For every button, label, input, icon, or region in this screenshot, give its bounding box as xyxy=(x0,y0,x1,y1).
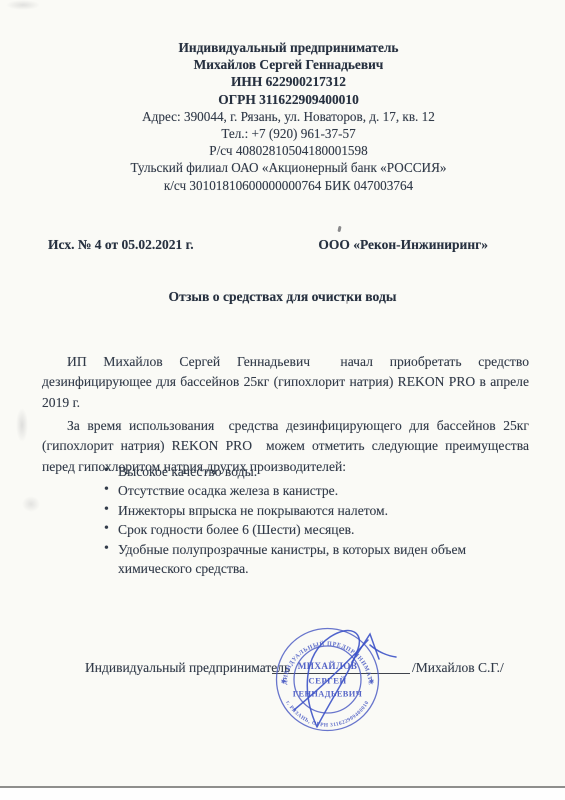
paragraph-1: ИП Михайлов Сергей Геннадьевич начал при… xyxy=(42,352,529,414)
scan-smudge xyxy=(6,0,40,10)
list-item: Срок годности более 6 (Шести) месяцев. xyxy=(104,520,486,539)
stamp-star-left-icon: ✱ xyxy=(281,678,287,686)
list-item: Удобные полупрозрачные канистры, в котор… xyxy=(104,540,486,579)
scan-background-strip xyxy=(0,788,565,800)
scan-smudge xyxy=(16,408,28,442)
stamp-center-patronymic: ГЕННАДЬЕВИЧ xyxy=(293,690,363,699)
svg-text:г. РЯЗАНЬ, ОГРН 31162290940001: г. РЯЗАНЬ, ОГРН 311622909400010 xyxy=(284,700,370,729)
scanned-letter-page: Индивидуальный предприниматель Михайлов … xyxy=(0,0,565,800)
scan-speck xyxy=(346,300,348,304)
round-stamp: ИНДИВИДУАЛЬНЫЙ ПРЕДПРИНИМАТЕЛЬ г. РЯЗАНЬ… xyxy=(263,614,403,759)
signature-name: /Михайлов С.Г./ xyxy=(412,660,504,676)
list-item: Отсутствие осадка железа в канистре. xyxy=(104,481,486,500)
stamp-ring-text-bottom: г. РЯЗАНЬ, ОГРН 311622909400010 xyxy=(284,700,370,729)
list-item: Высокое качество воды. xyxy=(104,462,486,481)
scan-smudge xyxy=(22,496,40,512)
list-item: Инжекторы впрыска не покрываются налетом… xyxy=(104,501,486,520)
signature-label: Индивидуальный предприниматель xyxy=(85,660,290,676)
stamp-star-right-icon: ✱ xyxy=(369,678,375,686)
advantages-list: Высокое качество воды. Отсутствие осадка… xyxy=(42,462,486,578)
